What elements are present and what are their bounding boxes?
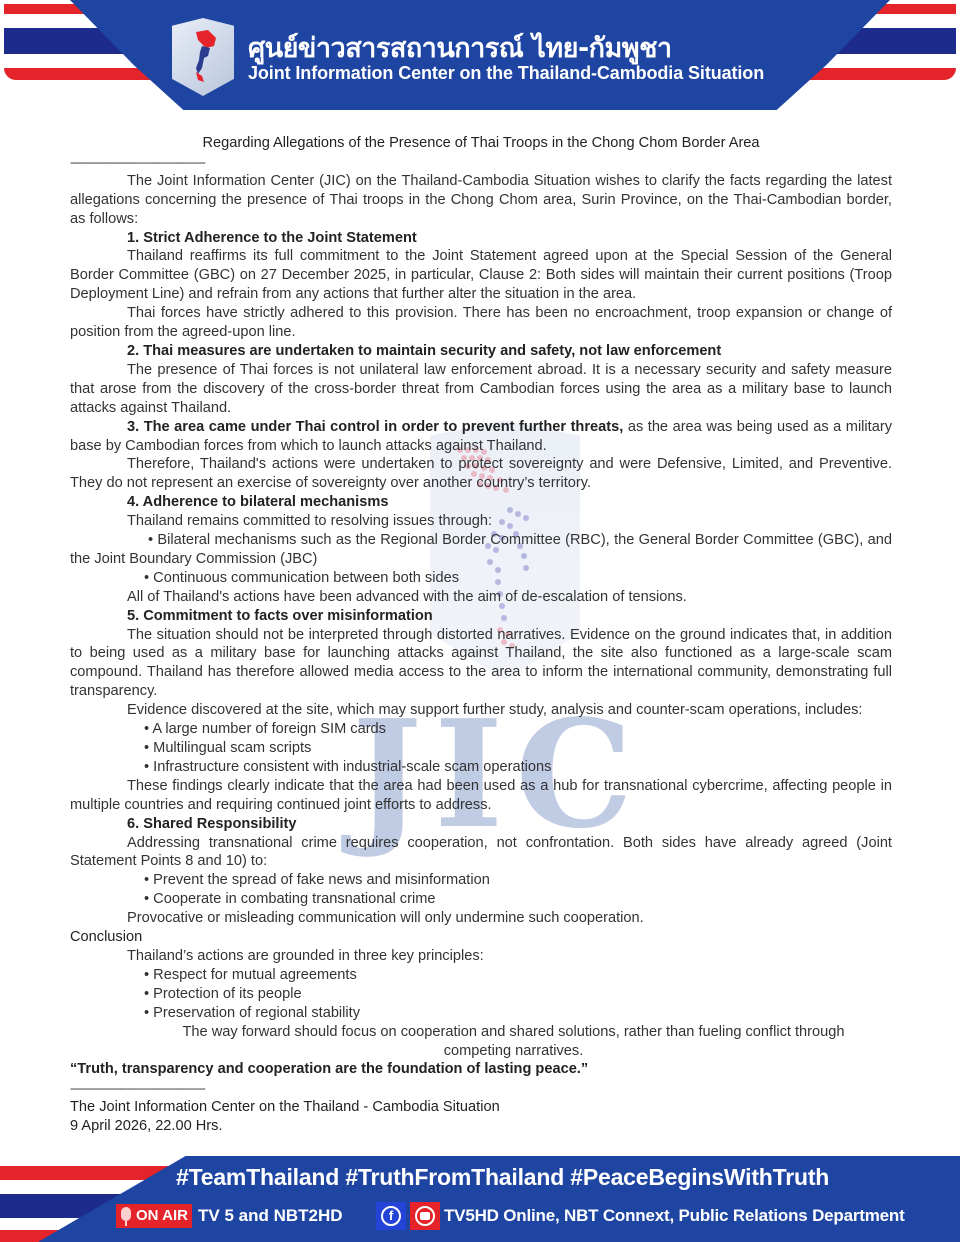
section-1-heading: 1. Strict Adherence to the Joint Stateme…: [70, 229, 892, 248]
section-4-closing: All of Thailand's actions have been adva…: [70, 588, 892, 607]
thailand-map-icon: [186, 28, 220, 84]
list-item: • Respect for mutual agreements: [70, 966, 892, 985]
section-3-paragraph: Therefore, Thailand's actions were under…: [70, 455, 892, 493]
section-2-paragraph: The presence of Thai forces is not unila…: [70, 361, 892, 418]
list-item: • Preservation of regional stability: [70, 1004, 892, 1023]
statement-document: Regarding Allegations of the Presence of…: [70, 134, 892, 1136]
youtube-icon: [410, 1202, 440, 1230]
document-title: Regarding Allegations of the Presence of…: [70, 134, 892, 153]
signature-date: 9 April 2026, 22.00 Hrs.: [70, 1117, 892, 1136]
on-air-badge: ON AIR: [116, 1204, 192, 1228]
section-6-lead: Addressing transnational crime requires …: [70, 834, 892, 872]
conclusion-lead: Thailand’s actions are grounded in three…: [70, 947, 892, 966]
section-1-paragraph: Thailand reaffirms its full commitment t…: [70, 247, 892, 304]
list-item: • Infrastructure consistent with industr…: [70, 758, 892, 777]
list-item: • Bilateral mechanisms such as the Regio…: [70, 531, 892, 569]
section-3-heading-paragraph: 3. The area came under Thai control in o…: [70, 418, 892, 456]
section-3-heading: 3. The area came under Thai control in o…: [127, 419, 623, 435]
closing-quote: “Truth, transparency and cooperation are…: [70, 1060, 892, 1079]
online-channels-label: TV5HD Online, NBT Connext, Public Relati…: [444, 1204, 905, 1228]
list-item: • Prevent the spread of fake news and mi…: [70, 871, 892, 890]
signature-separator: ----------------------------------------…: [70, 1079, 892, 1098]
conclusion-heading: Conclusion: [70, 928, 892, 947]
tv-channels-label: TV 5 and NBT2HD: [198, 1204, 343, 1228]
list-item: • Multilingual scam scripts: [70, 739, 892, 758]
title-separator: ----------------------------------------…: [70, 153, 892, 172]
list-item: • Continuous communication between both …: [70, 569, 892, 588]
section-6-heading: 6. Shared Responsibility: [70, 815, 892, 834]
section-4-heading: 4. Adherence to bilateral mechanisms: [70, 493, 892, 512]
header-banner: ศูนย์ข่าวสารสถานการณ์ ไทย-กัมพูชา Joint …: [0, 0, 960, 112]
header-title-english: Joint Information Center on the Thailand…: [248, 63, 764, 84]
microphone-icon: [121, 1207, 131, 1221]
footer-hashtags: #TeamThailand #TruthFromThailand #PeaceB…: [176, 1164, 829, 1191]
footer-banner: #TeamThailand #TruthFromThailand #PeaceB…: [0, 1152, 960, 1242]
section-5-heading: 5. Commitment to facts over misinformati…: [70, 607, 892, 626]
section-5-paragraph: Evidence discovered at the site, which m…: [70, 701, 892, 720]
section-5-closing: These findings clearly indicate that the…: [70, 777, 892, 815]
list-item: • Cooperate in combating transnational c…: [70, 890, 892, 909]
list-item: • A large number of foreign SIM cards: [70, 720, 892, 739]
section-6-closing: Provocative or misleading communication …: [70, 909, 892, 928]
section-1-paragraph: Thai forces have strictly adhered to thi…: [70, 304, 892, 342]
section-5-paragraph: The situation should not be interpreted …: [70, 626, 892, 702]
conclusion-closing: The way forward should focus on cooperat…: [70, 1023, 892, 1061]
facebook-icon: f: [376, 1202, 406, 1230]
list-item: • Protection of its people: [70, 985, 892, 1004]
intro-paragraph: The Joint Information Center (JIC) on th…: [70, 172, 892, 229]
signature-org: The Joint Information Center on the Thai…: [70, 1098, 892, 1117]
section-2-heading: 2. Thai measures are undertaken to maint…: [70, 342, 892, 361]
section-4-lead: Thailand remains committed to resolving …: [70, 512, 892, 531]
on-air-label: ON AIR: [136, 1207, 188, 1224]
